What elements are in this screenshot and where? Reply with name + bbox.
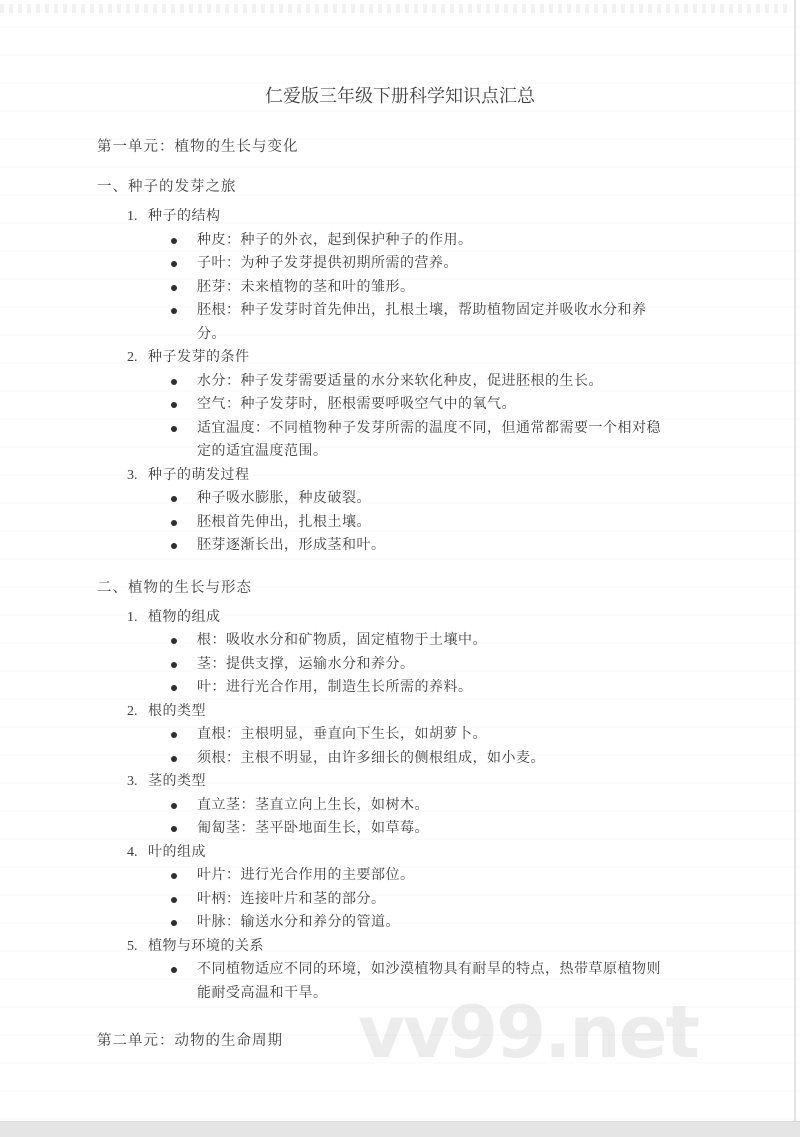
list-item: 2. 种子发芽的条件 xyxy=(127,346,800,370)
bullet-item: 叶柄：连接叶片和茎的部分。 xyxy=(169,888,800,912)
bullet-item: 种皮：种子的外衣，起到保护种子的作用。 xyxy=(169,229,800,253)
list-item: 4. 叶的组成 xyxy=(127,841,800,865)
bullet-icon xyxy=(169,299,197,346)
bullet-text: 匍匐茎：茎平卧地面生长，如草莓。 xyxy=(197,817,669,841)
list-item-number: 2. xyxy=(127,700,148,724)
bullet-item: 匍匐茎：茎平卧地面生长，如草莓。 xyxy=(169,817,800,841)
bullet-text: 胚芽逐渐长出，形成茎和叶。 xyxy=(197,534,669,558)
bullet-icon xyxy=(169,393,197,417)
bullet-item: 子叶：为种子发芽提供初期所需的营养。 xyxy=(169,252,800,276)
bullet-icon xyxy=(169,676,197,700)
bullet-icon xyxy=(169,747,197,771)
bullet-text: 根：吸收水分和矿物质，固定植物于土壤中。 xyxy=(197,629,669,653)
bullet-text: 子叶：为种子发芽提供初期所需的营养。 xyxy=(197,252,669,276)
list-item-number: 2. xyxy=(127,346,148,370)
bullet-icon xyxy=(169,511,197,535)
bullet-icon xyxy=(169,723,197,747)
bullet-item: 胚根首先伸出，扎根土壤。 xyxy=(169,511,800,535)
bullet-item: 直根：主根明显，垂直向下生长，如胡萝卜。 xyxy=(169,723,800,747)
bullet-text: 茎：提供支撑，运输水分和养分。 xyxy=(197,653,669,677)
bullet-item: 胚芽逐渐长出，形成茎和叶。 xyxy=(169,534,800,558)
bullet-text: 水分：种子发芽需要适量的水分来软化种皮，促进胚根的生长。 xyxy=(197,370,669,394)
bullet-text: 胚芽：未来植物的茎和叶的雏形。 xyxy=(197,276,669,300)
bullet-icon xyxy=(169,864,197,888)
bullet-item: 空气：种子发芽时，胚根需要呼吸空气中的氧气。 xyxy=(169,393,800,417)
page-edge-right xyxy=(794,0,796,1122)
list-item-label: 植物与环境的关系 xyxy=(148,935,264,959)
bullet-icon xyxy=(169,817,197,841)
bullet-item: 须根：主根不明显，由许多细长的侧根组成，如小麦。 xyxy=(169,747,800,771)
bullet-icon xyxy=(169,229,197,253)
section-1-header: 一、种子的发芽之旅 xyxy=(97,177,800,197)
bullet-icon xyxy=(169,417,197,464)
bullet-item: 叶脉：输送水分和养分的管道。 xyxy=(169,911,800,935)
bullet-icon xyxy=(169,911,197,935)
document-page: 仁爱版三年级下册科学知识点汇总 第一单元：植物的生长与变化 一、种子的发芽之旅 … xyxy=(0,0,800,1137)
bullet-item: 直立茎：茎直立向上生长，如树木。 xyxy=(169,794,800,818)
bullet-item: 叶片：进行光合作用的主要部位。 xyxy=(169,864,800,888)
bullet-item: 茎：提供支撑，运输水分和养分。 xyxy=(169,653,800,677)
bullet-text: 空气：种子发芽时，胚根需要呼吸空气中的氧气。 xyxy=(197,393,669,417)
bullet-icon xyxy=(169,276,197,300)
list-item: 2. 根的类型 xyxy=(127,700,800,724)
bullet-icon xyxy=(169,629,197,653)
list-item-number: 3. xyxy=(127,464,148,488)
scan-texture-top xyxy=(0,4,792,13)
bullet-text: 直立茎：茎直立向上生长，如树木。 xyxy=(197,794,669,818)
bullet-item: 根：吸收水分和矿物质，固定植物于土壤中。 xyxy=(169,629,800,653)
bullet-icon xyxy=(169,534,197,558)
page-title: 仁爱版三年级下册科学知识点汇总 xyxy=(0,0,800,108)
bullet-item: 叶：进行光合作用，制造生长所需的养料。 xyxy=(169,676,800,700)
list-item: 1. 种子的结构 xyxy=(127,205,800,229)
list-item-label: 茎的类型 xyxy=(148,770,206,794)
bullet-text: 叶：进行光合作用，制造生长所需的养料。 xyxy=(197,676,669,700)
list-item: 5. 植物与环境的关系 xyxy=(127,935,800,959)
list-item-label: 根的类型 xyxy=(148,700,206,724)
unit-1-header: 第一单元：植物的生长与变化 xyxy=(97,137,800,157)
list-item-number: 1. xyxy=(127,606,148,630)
bullet-icon xyxy=(169,653,197,677)
bullet-text: 胚根首先伸出，扎根土壤。 xyxy=(197,511,669,535)
bullet-text: 叶片：进行光合作用的主要部位。 xyxy=(197,864,669,888)
bullet-item: 适宜温度：不同植物种子发芽所需的温度不同，但通常都需要一个相对稳定的适宜温度范围… xyxy=(169,417,800,464)
bullet-icon xyxy=(169,370,197,394)
section-2-header: 二、植物的生长与形态 xyxy=(97,578,800,598)
list-item-number: 3. xyxy=(127,770,148,794)
list-item-label: 种子的萌发过程 xyxy=(148,464,250,488)
list-item: 3. 茎的类型 xyxy=(127,770,800,794)
bullet-item: 胚根：种子发芽时首先伸出，扎根土壤，帮助植物固定并吸收水分和养分。 xyxy=(169,299,800,346)
bullet-icon xyxy=(169,888,197,912)
bullet-text: 叶脉：输送水分和养分的管道。 xyxy=(197,911,669,935)
bullet-icon xyxy=(169,794,197,818)
bullet-text: 须根：主根不明显，由许多细长的侧根组成，如小麦。 xyxy=(197,747,669,771)
list-item: 1. 植物的组成 xyxy=(127,606,800,630)
list-item-label: 植物的组成 xyxy=(148,606,221,630)
bullet-icon xyxy=(169,252,197,276)
bullet-item: 种子吸水膨胀，种皮破裂。 xyxy=(169,487,800,511)
bullet-text: 叶柄：连接叶片和茎的部分。 xyxy=(197,888,669,912)
page-edge-bottom xyxy=(0,1121,800,1137)
bullet-icon xyxy=(169,487,197,511)
list-item-number: 1. xyxy=(127,205,148,229)
list-item: 3. 种子的萌发过程 xyxy=(127,464,800,488)
list-item-label: 种子发芽的条件 xyxy=(148,346,250,370)
bullet-text: 直根：主根明显，垂直向下生长，如胡萝卜。 xyxy=(197,723,669,747)
bullet-text: 种皮：种子的外衣，起到保护种子的作用。 xyxy=(197,229,669,253)
bullet-item: 胚芽：未来植物的茎和叶的雏形。 xyxy=(169,276,800,300)
watermark: vv99.net xyxy=(358,990,698,1074)
bullet-text: 种子吸水膨胀，种皮破裂。 xyxy=(197,487,669,511)
bullet-text: 胚根：种子发芽时首先伸出，扎根土壤，帮助植物固定并吸收水分和养分。 xyxy=(197,299,669,346)
list-item-number: 4. xyxy=(127,841,148,865)
bullet-item: 水分：种子发芽需要适量的水分来软化种皮，促进胚根的生长。 xyxy=(169,370,800,394)
list-item-label: 种子的结构 xyxy=(148,205,221,229)
list-item-label: 叶的组成 xyxy=(148,841,206,865)
bullet-text: 适宜温度：不同植物种子发芽所需的温度不同，但通常都需要一个相对稳定的适宜温度范围… xyxy=(197,417,669,464)
bullet-icon xyxy=(169,958,197,1005)
list-item-number: 5. xyxy=(127,935,148,959)
